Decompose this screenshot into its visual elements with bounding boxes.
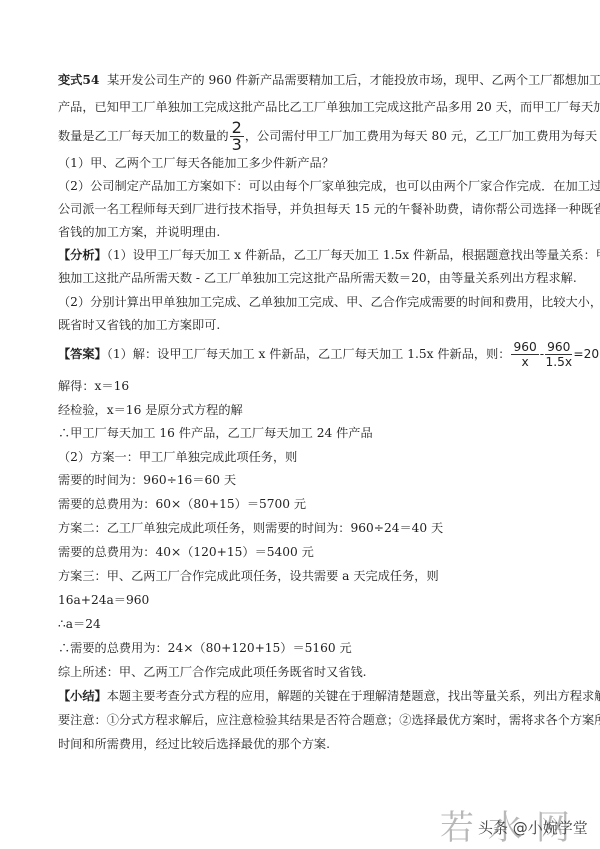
answer-step: 需要的时间为：960÷16＝60 天 bbox=[58, 472, 236, 488]
answer-step: 16a+24a＝960 bbox=[58, 592, 149, 608]
fraction-numerator: 960 bbox=[545, 340, 572, 355]
answer-tag: 【答案】 bbox=[58, 347, 107, 361]
analysis-line-3: （2）分别计算出甲单独加工完成、乙单独加工完成、甲、乙合作完成需要的时间和费用，… bbox=[58, 294, 600, 310]
question-1: （1）甲、乙两个工厂每天各能加工多少件新产品？ bbox=[58, 155, 334, 171]
fraction-two-thirds: 23 bbox=[230, 120, 244, 153]
answer-step: 经检验，x＝16 是原分式方程的解 bbox=[58, 402, 243, 418]
fraction-denominator: x bbox=[511, 355, 538, 369]
question-2-line-1: （2）公司制定产品加工方案如下：可以由每个厂家单独完成，也可以由两个厂家合作完成… bbox=[58, 178, 600, 194]
equation-tail: =20 bbox=[573, 347, 599, 361]
summary-tag: 【小结】 bbox=[58, 689, 107, 703]
summary-text: 本题主要考查分式方程的应用，解题的关键在于理解清楚题意，找出等量关系，列出方程求… bbox=[107, 689, 600, 703]
analysis-tag: 【分析】 bbox=[58, 248, 107, 262]
equation-fraction-2: 9601.5x bbox=[545, 340, 572, 369]
fraction-numerator: 960 bbox=[511, 340, 538, 355]
summary-line-2: 要注意：①分式方程求解后，应注意检验其结果是否符合题意；②选择最优方案时，需将求… bbox=[58, 712, 600, 728]
answer-text: （1）解：设甲工厂每天加工 x 件新品，乙工厂每天加工 1.5x 件新品，则： bbox=[107, 347, 511, 361]
problem-line-2: 产品，已知甲工厂单独加工完成这批产品比乙工厂单独加工完成这批产品多用 20 天，… bbox=[58, 99, 600, 115]
equation-fraction-1: 960x bbox=[511, 340, 538, 369]
answer-step: 需要的总费用为：60×（80+15）＝5700 元 bbox=[58, 496, 306, 512]
problem-label: 变式54 bbox=[58, 73, 99, 87]
problem-line-3: 数量是乙工厂每天加工的数量的23，公司需付甲工厂加工费用为每天 80 元，乙工厂… bbox=[58, 120, 600, 153]
answer-step: 综上所述：甲、乙两工厂合作完成此项任务既省时又省钱. bbox=[58, 664, 367, 680]
problem-line-1: 变式54 某开发公司生产的 960 件新产品需要精加工后，才能投放市场，现甲、乙… bbox=[58, 72, 600, 88]
question-2-line-2: 公司派一名工程师每天到厂进行技术指导，并负担每天 15 元的午餐补助费，请你帮公… bbox=[58, 201, 600, 217]
analysis-line-2: 独加工这批产品所需天数 - 乙工厂单独加工完这批产品所需天数＝20，由等量关系列… bbox=[58, 270, 577, 286]
summary-line-3: 时间和所需费用，经过比较后选择最优的那个方案. bbox=[58, 736, 330, 752]
question-2-line-3: 省钱的加工方案，并说明理由. bbox=[58, 224, 220, 240]
answer-step: ∴甲工厂每天加工 16 件产品，乙工厂每天加工 24 件产品 bbox=[58, 425, 373, 441]
answer-step: 需要的总费用为：40×（120+15）＝5400 元 bbox=[58, 544, 314, 560]
problem-text: 数量是乙工厂每天加工的数量的 bbox=[58, 129, 229, 143]
watermark-author: 头条 @小婉学堂 bbox=[478, 817, 588, 838]
analysis-line-1: 【分析】（1）设甲工厂每天加工 x 件新品，乙工厂每天加工 1.5x 件新品，根… bbox=[58, 247, 600, 263]
answer-step: 方案三：甲、乙两工厂合作完成此项任务，设共需要 a 天完成任务，则 bbox=[58, 568, 439, 584]
problem-text: ，公司需付甲工厂加工费用为每天 80 元，乙工厂加工费用为每天 120 元. bbox=[245, 129, 600, 143]
answer-step: 方案二：乙工厂单独完成此项任务，则需要的时间为：960÷24＝40 天 bbox=[58, 520, 443, 536]
problem-text: 某开发公司生产的 960 件新产品需要精加工后，才能投放市场，现甲、乙两个工厂都… bbox=[107, 73, 600, 87]
answer-step: （2）方案一：甲工厂单独完成此项任务，则 bbox=[58, 449, 297, 465]
summary-line-1: 【小结】本题主要考查分式方程的应用，解题的关键在于理解清楚题意，找出等量关系，列… bbox=[58, 688, 600, 704]
answer-step: ∴需要的总费用为：24×（80+120+15）＝5160 元 bbox=[58, 640, 352, 656]
fraction-denominator: 3 bbox=[230, 137, 244, 153]
answer-step: 解得：x＝16 bbox=[58, 378, 129, 394]
answer-step: ∴a＝24 bbox=[58, 616, 101, 632]
answer-line-1: 【答案】（1）解：设甲工厂每天加工 x 件新品，乙工厂每天加工 1.5x 件新品… bbox=[58, 340, 599, 369]
analysis-line-4: 既省时又省钱的加工方案即可. bbox=[58, 317, 220, 333]
fraction-denominator: 1.5x bbox=[545, 355, 572, 369]
analysis-text: （1）设甲工厂每天加工 x 件新品，乙工厂每天加工 1.5x 件新品，根据题意找… bbox=[107, 248, 600, 262]
